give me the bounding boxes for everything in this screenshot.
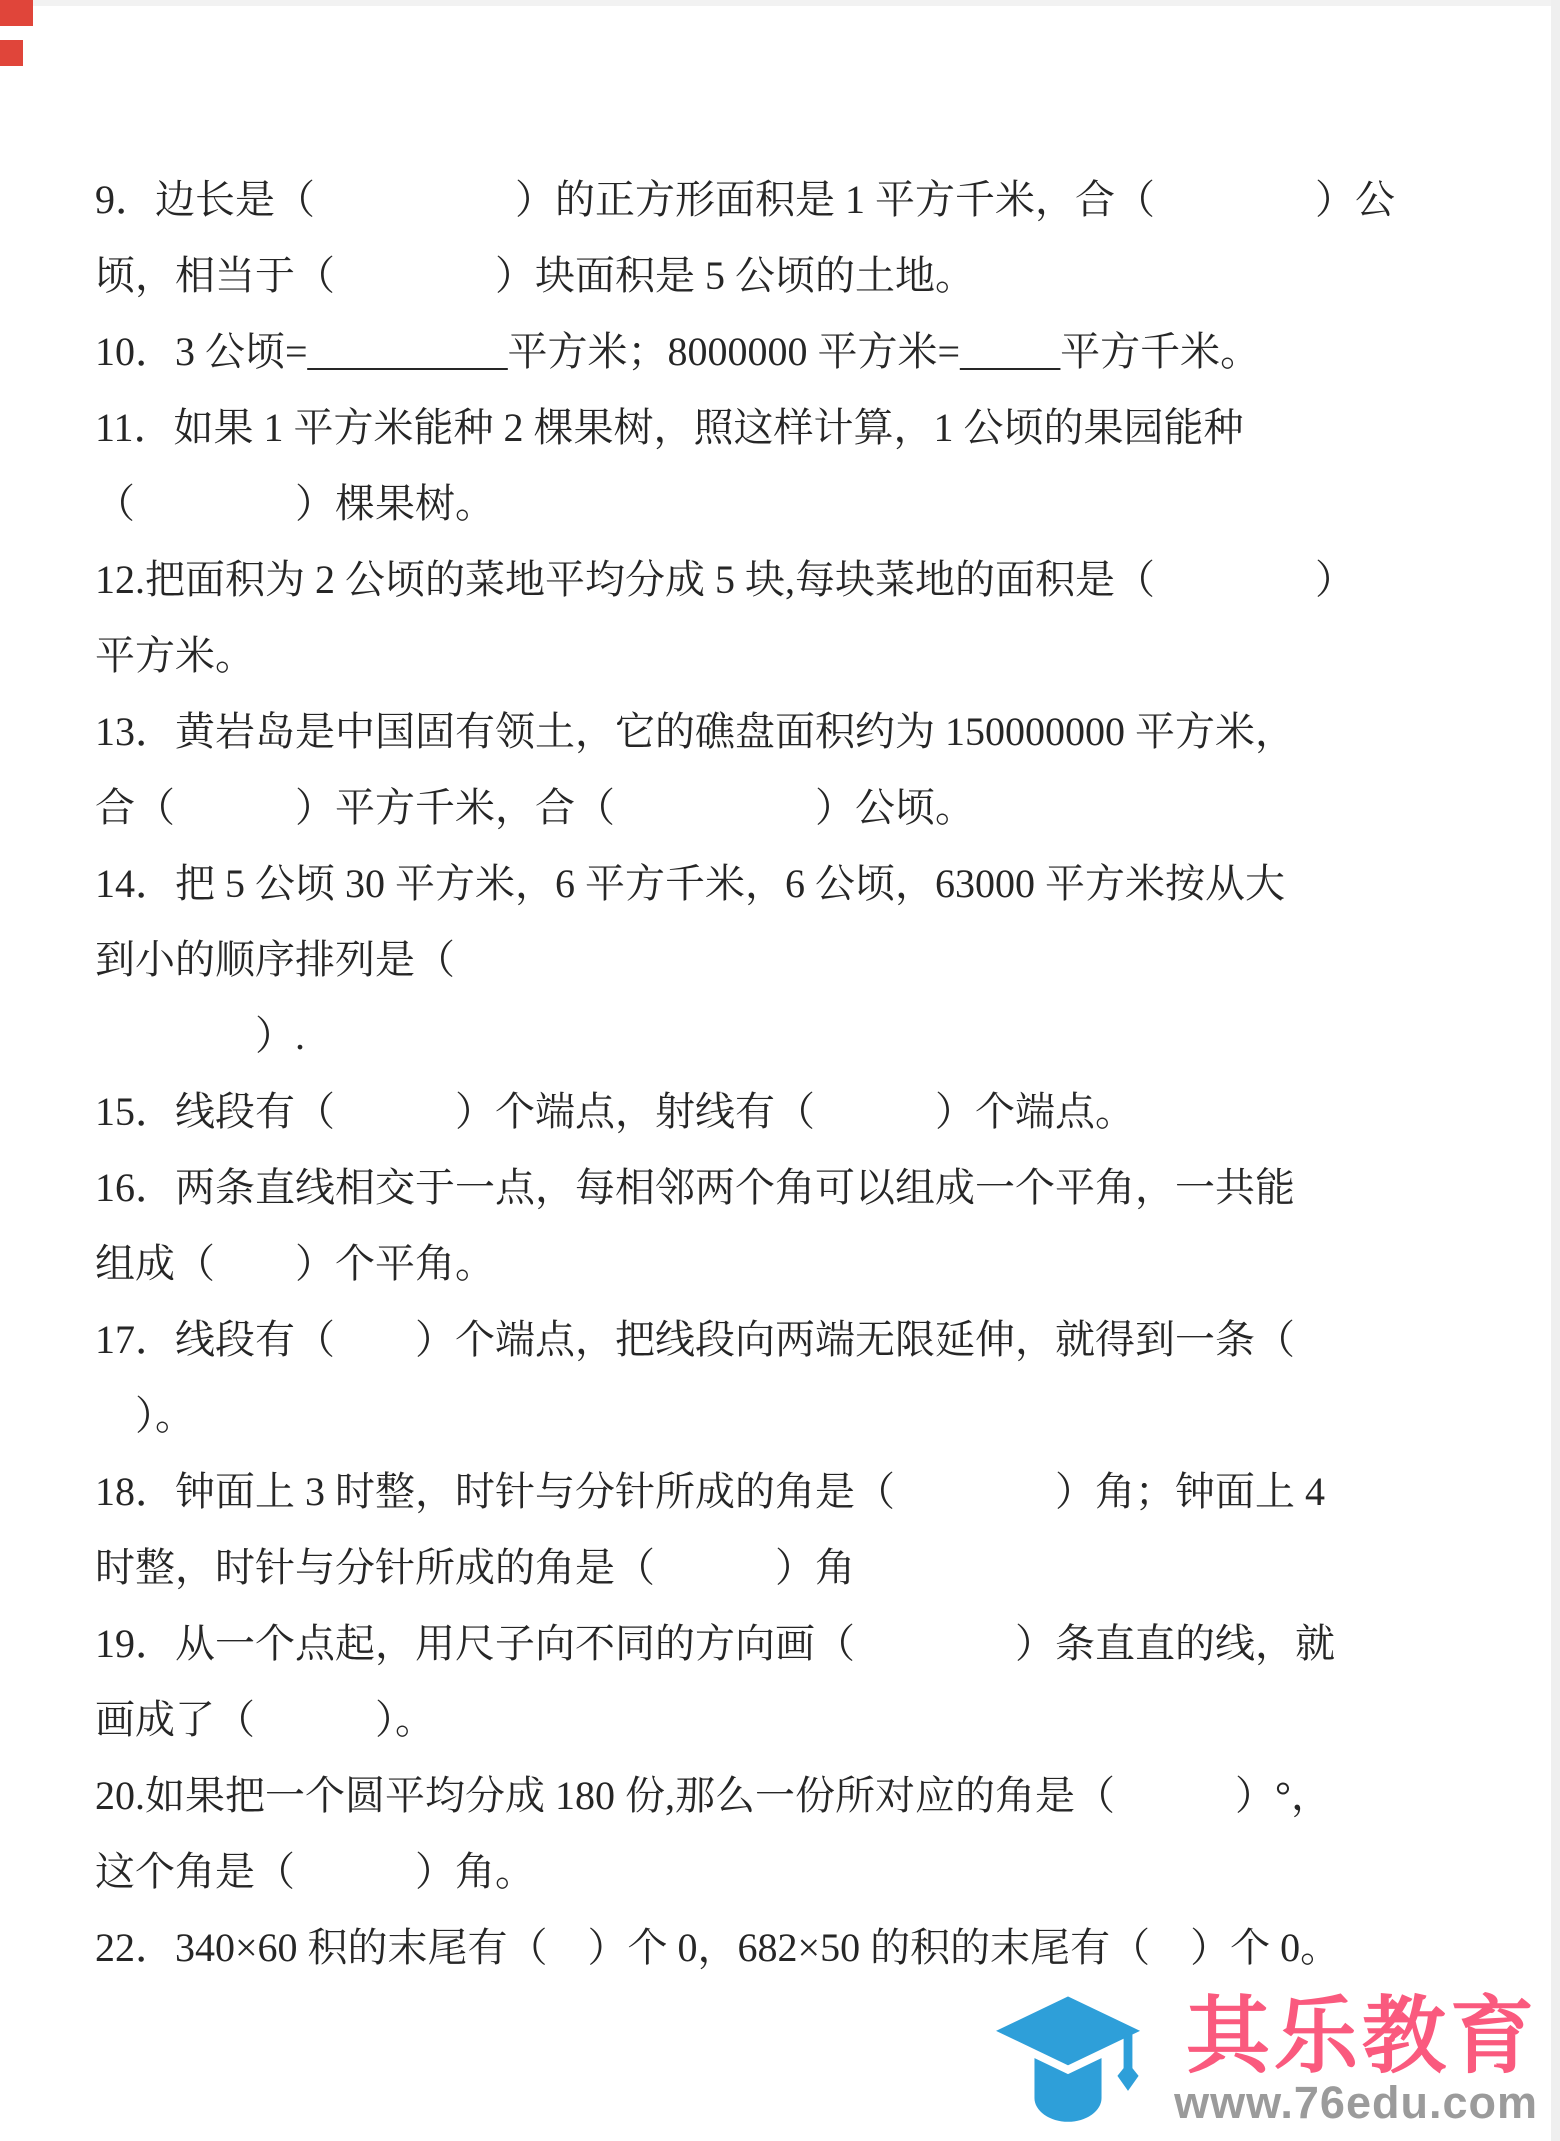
- question-line: 18．钟面上 3 时整，时针与分针所成的角是（ ）角；钟面上 4: [95, 1454, 1536, 1530]
- question-line: ）.: [95, 998, 1536, 1074]
- question-line: ）。: [95, 1378, 1536, 1454]
- page-right-edge: [1551, 0, 1560, 2141]
- question-line: 17．线段有（ ）个端点，把线段向两端无限延伸，就得到一条（: [95, 1302, 1536, 1378]
- question-line: 合（ ）平方千米，合（ ）公顷。: [95, 770, 1536, 846]
- question-line: 到小的顺序排列是（: [95, 922, 1536, 998]
- question-line: 平方米。: [95, 618, 1536, 694]
- brand-footer: 其乐教育 www.76edu.com: [972, 1985, 1538, 2135]
- question-line: 这个角是（ ）角。: [95, 1834, 1536, 1910]
- question-line: 14．把 5 公顷 30 平方米，6 平方千米，6 公顷，63000 平方米按从…: [95, 846, 1536, 922]
- red-corner-mark: [0, 0, 33, 26]
- question-line: 11．如果 1 平方米能种 2 棵果树，照这样计算，1 公顷的果园能种: [95, 390, 1536, 466]
- page-top-edge: [0, 0, 1560, 6]
- question-line: 组成（ ）个平角。: [95, 1226, 1536, 1302]
- question-line: 顷，相当于（ ）块面积是 5 公顷的土地。: [95, 238, 1536, 314]
- worksheet-body: 9．边长是（ ）的正方形面积是 1 平方千米，合（ ）公 顷，相当于（ ）块面积…: [95, 162, 1536, 1986]
- question-line: 10．3 公顷=__________平方米；8000000 平方米=_____平…: [95, 314, 1536, 390]
- question-line: 时整，时针与分针所成的角是（ ）角: [95, 1530, 1536, 1606]
- question-line: 22．340×60 积的末尾有（ ）个 0，682×50 的积的末尾有（ ）个 …: [95, 1910, 1536, 1986]
- question-line: 画成了（ ）。: [95, 1682, 1536, 1758]
- brand-name: 其乐教育: [1186, 1994, 1538, 2080]
- question-line: 12.把面积为 2 公顷的菜地平均分成 5 块,每块菜地的面积是（ ）: [95, 542, 1536, 618]
- question-line: 19．从一个点起，用尺子向不同的方向画（ ）条直直的线，就: [95, 1606, 1536, 1682]
- question-line: 20.如果把一个圆平均分成 180 份,那么一份所对应的角是（ ）°，: [95, 1758, 1536, 1834]
- red-corner-mark: [0, 40, 23, 66]
- question-line: （ ）棵果树。: [95, 466, 1536, 542]
- question-line: 13．黄岩岛是中国固有领土，它的礁盘面积约为 150000000 平方米，: [95, 694, 1536, 770]
- question-line: 9．边长是（ ）的正方形面积是 1 平方千米，合（ ）公: [95, 162, 1536, 238]
- brand-url: www.76edu.com: [1174, 2079, 1538, 2126]
- question-line: 15．线段有（ ）个端点，射线有（ ）个端点。: [95, 1074, 1536, 1150]
- question-line: 16．两条直线相交于一点，每相邻两个角可以组成一个平角，一共能: [95, 1150, 1536, 1226]
- graduation-cap-icon: [972, 1985, 1164, 2135]
